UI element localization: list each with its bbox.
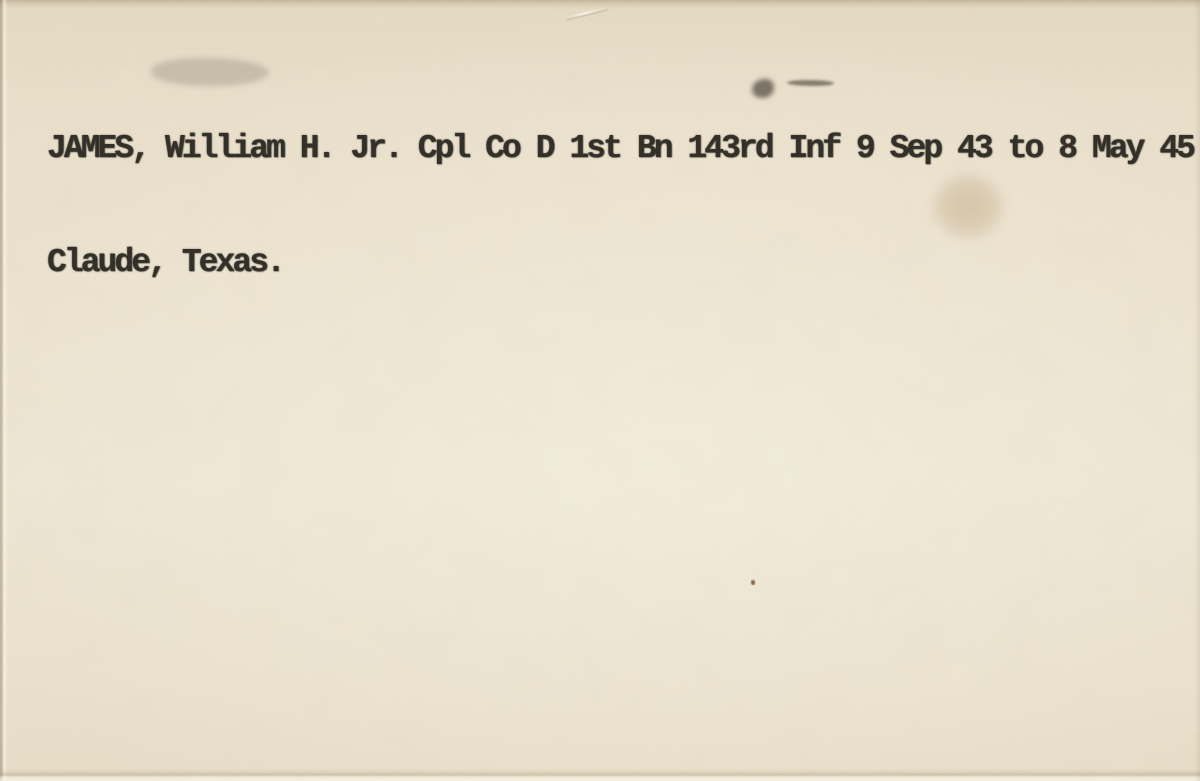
paper-crease: [566, 7, 607, 19]
card-edge-top: [0, 0, 1200, 9]
typed-line-hometown: Claude, Texas.: [47, 244, 1193, 282]
card-edge-bottom: [0, 769, 1200, 781]
card-edge-right: [1194, 0, 1200, 781]
paper-speck: [751, 580, 755, 585]
typed-text-block: JAMES, William H. Jr. Cpl Co D 1st Bn 14…: [47, 54, 1193, 358]
typed-line-service-record: JAMES, William H. Jr. Cpl Co D 1st Bn 14…: [47, 130, 1193, 168]
card-edge-left: [0, 0, 8, 781]
index-card: JAMES, William H. Jr. Cpl Co D 1st Bn 14…: [0, 0, 1200, 781]
